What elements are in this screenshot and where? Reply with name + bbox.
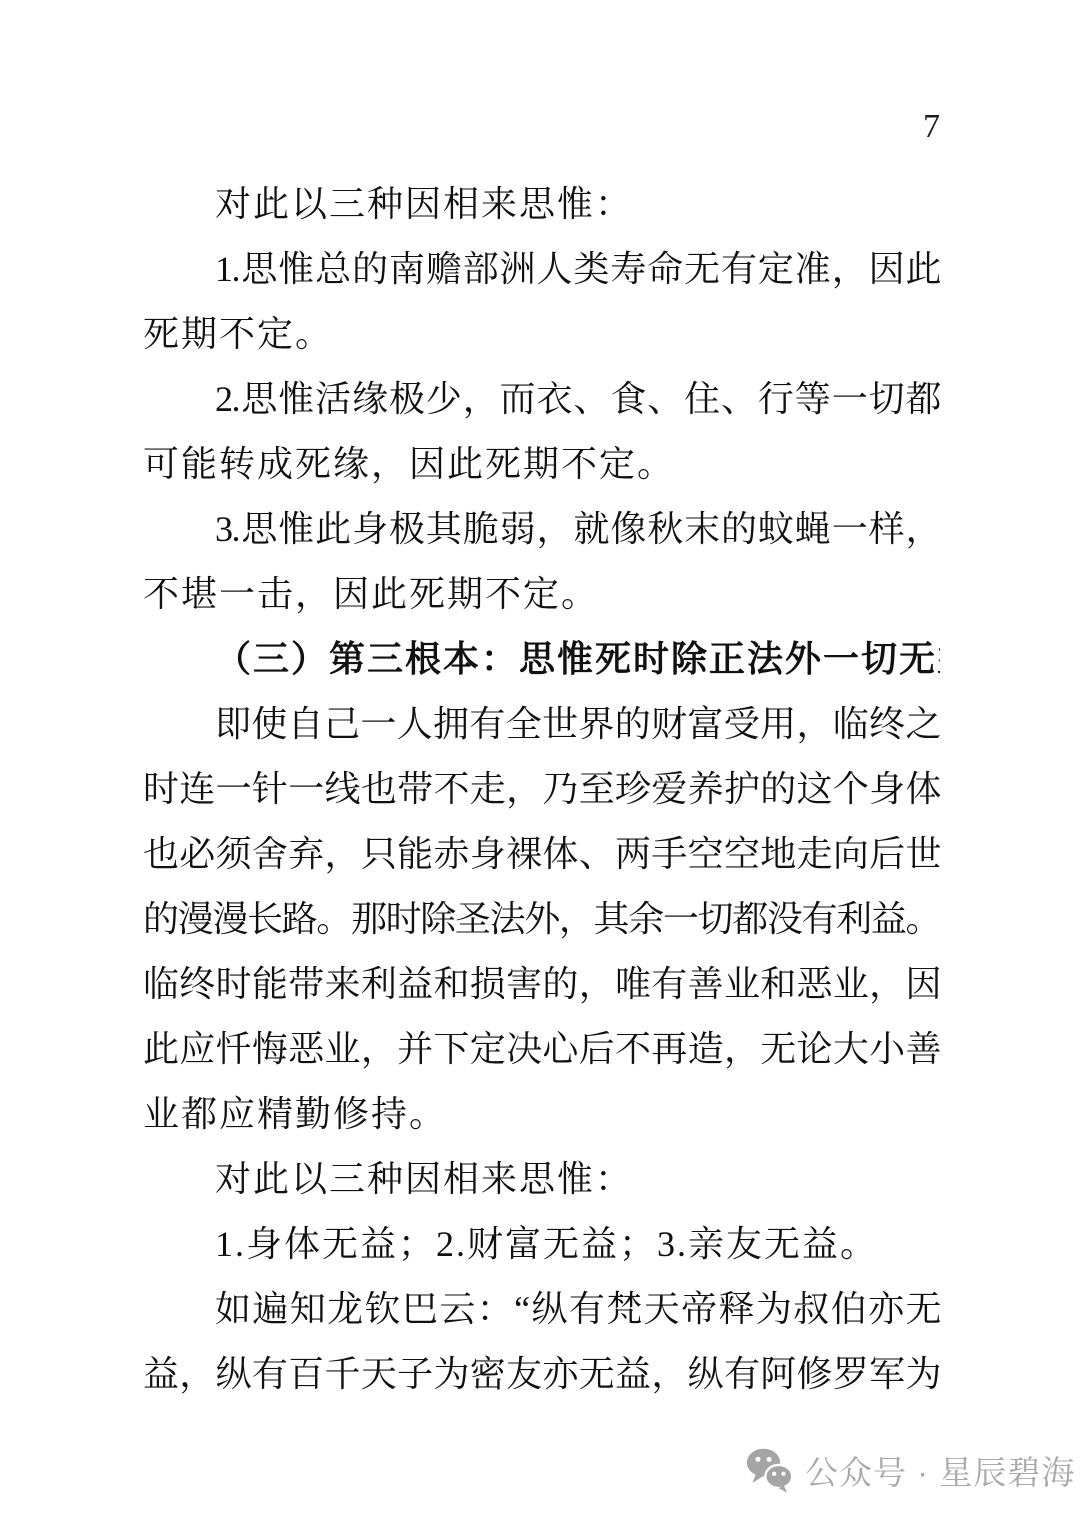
text-line: 1.身体无益；2.财富无益；3.亲友无益。 <box>143 1212 940 1277</box>
text-line: 此应忏悔恶业，并下定决心后不再造，无论大小善 <box>143 1017 940 1082</box>
text-line: 不堪一击，因此死期不定。 <box>143 562 940 627</box>
text-line: 临终时能带来利益和损害的，唯有善业和恶业，因 <box>143 952 940 1017</box>
text-line: 1.思惟总的南赡部洲人类寿命无有定准，因此 <box>143 237 940 302</box>
text-line: 3.思惟此身极其脆弱，就像秋末的蚊蝇一样， <box>143 497 940 562</box>
text-line: 2.思惟活缘极少，而衣、食、住、行等一切都 <box>143 367 940 432</box>
text-line: 可能转成死缘，因此死期不定。 <box>143 432 940 497</box>
text-line: 时连一针一线也带不走，乃至珍爱养护的这个身体 <box>143 757 940 822</box>
watermark: 公众号 · 星辰碧海 <box>745 1442 1075 1498</box>
text-line: 对此以三种因相来思惟： <box>143 172 940 237</box>
text-line: 即使自己一人拥有全世界的财富受用，临终之 <box>143 692 940 757</box>
document-body: 对此以三种因相来思惟：1.思惟总的南赡部洲人类寿命无有定准，因此死期不定。2.思… <box>143 172 940 1407</box>
text-line: （三）第三根本：思惟死时除正法外一切无益 <box>143 627 940 692</box>
wechat-icon <box>745 1446 795 1494</box>
page-number: 7 <box>143 108 940 146</box>
text-line: 死期不定。 <box>143 302 940 367</box>
watermark-text: 公众号 · 星辰碧海 <box>805 1447 1075 1494</box>
text-line: 也必须舍弃，只能赤身裸体、两手空空地走向后世 <box>143 822 940 887</box>
text-line: 如遍知龙钦巴云：“纵有梵天帝释为叔伯亦无 <box>143 1277 940 1342</box>
text-line: 对此以三种因相来思惟： <box>143 1147 940 1212</box>
text-line: 业都应精勤修持。 <box>143 1082 940 1147</box>
text-line: 的漫漫长路。那时除圣法外，其余一切都没有利益。 <box>143 887 940 952</box>
document-page: { "page": { "number": "7", "background":… <box>0 0 1080 1528</box>
text-line: 益，纵有百千天子为密友亦无益，纵有阿修罗军为 <box>143 1342 940 1407</box>
